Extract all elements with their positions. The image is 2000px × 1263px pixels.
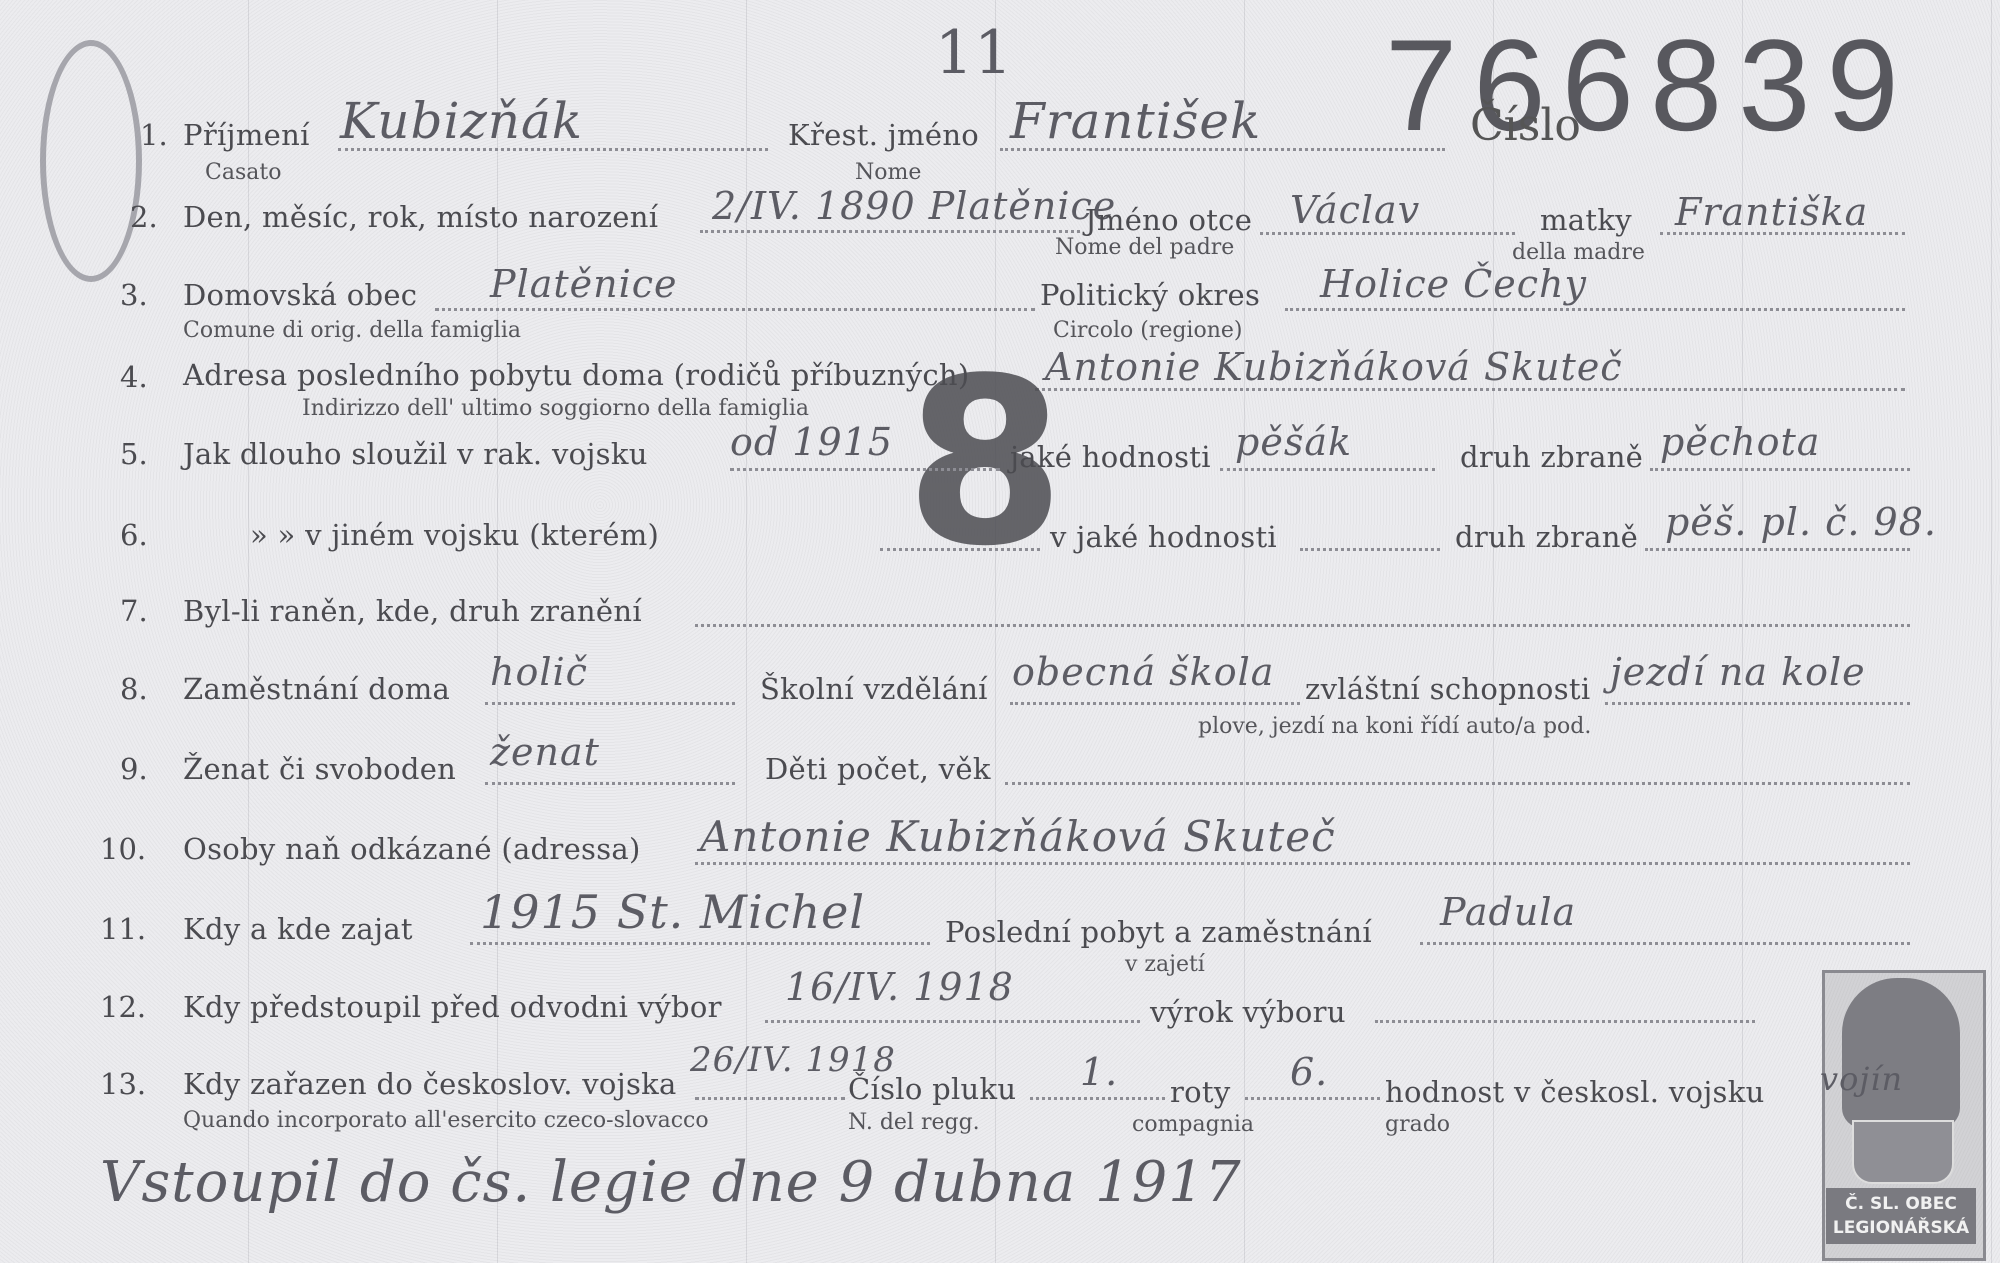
label-captivity: Poslední pobyt a zaměstnání xyxy=(945,915,1372,949)
label-austrian-service: Jak dlouho sloužil v rak. vojsku xyxy=(183,437,648,471)
label-occupation: Zaměstnání doma xyxy=(183,672,450,706)
label-wounded: Byl-li raněn, kde, druh zranění xyxy=(183,594,642,628)
label-rank: jaké hodnosti xyxy=(1010,440,1211,474)
label-father: Jméno otce xyxy=(1085,203,1252,237)
label-dependents: Osoby naň odkázané (adressa) xyxy=(183,832,641,866)
label-children: Děti počet, věk xyxy=(765,752,991,786)
value-special-skills: jezdí na kole xyxy=(1610,650,1866,694)
value-mother: Františka xyxy=(1675,190,1868,234)
row-number: 1. xyxy=(140,118,168,152)
label-weapon: druh zbraně xyxy=(1460,440,1643,474)
sub-home-municipality: Comune di orig. della famiglia xyxy=(183,318,521,343)
label-political-district: Politický okres xyxy=(1040,278,1260,312)
value-occupation: holič xyxy=(490,650,588,694)
value-political-district: Holice Čechy xyxy=(1320,262,1587,306)
sub-special-skills: plove, jezdí na koni řídí auto/a pod. xyxy=(1198,714,1591,739)
sub-company: compagnia xyxy=(1132,1112,1254,1137)
row-number: 13. xyxy=(100,1067,146,1101)
label-special-skills: zvláštní schopnosti xyxy=(1305,672,1590,706)
sub-political-district: Circolo (regione) xyxy=(1053,318,1242,343)
value-surname: Kubizňák xyxy=(340,92,583,150)
row-number: 2. xyxy=(130,200,158,234)
value-first-name: František xyxy=(1010,92,1261,150)
label-home-municipality: Domovská obec xyxy=(183,278,417,312)
value-other-weapon: pěš. pl. č. 98. xyxy=(1665,500,1937,544)
value-last-address: Antonie Kubizňáková Skuteč xyxy=(1045,345,1623,389)
value-austrian-service: od 1915 xyxy=(730,420,893,464)
row-number: 7. xyxy=(120,594,148,628)
label-other-weapon: druh zbraně xyxy=(1455,520,1638,554)
value-cs-rank: vojín xyxy=(1820,1060,1903,1098)
value-company: 6. xyxy=(1290,1050,1328,1094)
label-marital-status: Ženat či svoboden xyxy=(183,752,456,786)
value-weapon: pěchota xyxy=(1660,420,1820,464)
serial-label: Číslo xyxy=(1470,100,1581,151)
value-dependents: Antonie Kubizňáková Skuteč xyxy=(700,812,1336,861)
top-handwritten-mark: 11 xyxy=(935,18,1013,88)
label-enlisted: Kdy zařazen do českoslov. vojska xyxy=(183,1067,677,1101)
value-captured: 1915 St. Michel xyxy=(480,885,865,939)
label-other-rank: v jaké hodnosti xyxy=(1050,520,1277,554)
serial-number: 766839 xyxy=(1385,10,1915,160)
row-number: 8. xyxy=(120,672,148,706)
footer-note: Vstoupil do čs. legie dne 9 dubna 1917 xyxy=(100,1150,1242,1215)
zero-stamp-mark xyxy=(40,40,142,282)
row-number: 12. xyxy=(100,990,146,1024)
label-cs-rank: hodnost v českosl. vojsku xyxy=(1385,1075,1765,1109)
value-birth: 2/IV. 1890 Platěnice xyxy=(712,184,1116,228)
soldier-helmet-icon xyxy=(1842,978,1960,1128)
row-number: 5. xyxy=(120,437,148,471)
label-surname: Příjmení xyxy=(183,118,310,152)
label-commission: Kdy předstoupil před odvodni výbor xyxy=(183,990,722,1024)
label-mother: matky xyxy=(1540,203,1632,237)
row-number: 6. xyxy=(120,518,148,552)
label-last-address: Adresa posledního pobytu doma (rodičů př… xyxy=(183,358,970,392)
coat-of-arms-icon xyxy=(1852,1120,1954,1184)
label-education: Školní vzdělání xyxy=(760,672,988,706)
label-captured: Kdy a kde zajat xyxy=(183,912,413,946)
label-first-name: Křest. jméno xyxy=(788,118,979,152)
value-marital-status: ženat xyxy=(490,730,600,774)
value-commission: 16/IV. 1918 xyxy=(785,965,1014,1009)
row-number: 4. xyxy=(120,360,148,394)
sub-last-address: Indirizzo dell' ultimo soggiorno della f… xyxy=(302,396,809,421)
sub-cs-rank: grado xyxy=(1385,1112,1450,1137)
value-rank: pěšák xyxy=(1235,420,1352,464)
sub-captivity: v zajetí xyxy=(1125,952,1205,977)
label-commission-verdict: výrok výboru xyxy=(1150,995,1346,1029)
row-number: 10. xyxy=(100,832,146,866)
sub-first-name: Nome xyxy=(855,160,921,185)
row-number: 9. xyxy=(120,752,148,786)
value-education: obecná škola xyxy=(1012,650,1274,694)
label-company: roty xyxy=(1170,1075,1231,1109)
sub-surname: Casato xyxy=(205,160,281,185)
row-number: 11. xyxy=(100,912,146,946)
value-regiment: 1. xyxy=(1080,1050,1118,1094)
sub-regiment: N. del regg. xyxy=(848,1110,980,1135)
logo-line-2: LEGIONÁŘSKÁ xyxy=(1826,1216,1976,1240)
label-regiment: Číslo pluku xyxy=(848,1072,1016,1106)
legion-logo: Č. SL. OBEC LEGIONÁŘSKÁ xyxy=(1822,970,1980,1255)
logo-line-1: Č. SL. OBEC xyxy=(1826,1192,1976,1216)
sub-father: Nome del padre xyxy=(1055,235,1234,260)
label-birth: Den, měsíc, rok, místo narození xyxy=(183,200,658,234)
value-captivity: Padula xyxy=(1440,890,1576,934)
sub-enlisted: Quando incorporato all'esercito czeco-sl… xyxy=(183,1108,709,1133)
value-father: Václav xyxy=(1290,188,1420,232)
label-other-army: » » v jiném vojsku (kterém) xyxy=(250,518,659,552)
row-number: 3. xyxy=(120,278,148,312)
registration-card: 11 766839 Číslo 1. Příjmení Casato Kubiz… xyxy=(0,0,2000,1263)
value-home-municipality: Platěnice xyxy=(490,262,678,306)
